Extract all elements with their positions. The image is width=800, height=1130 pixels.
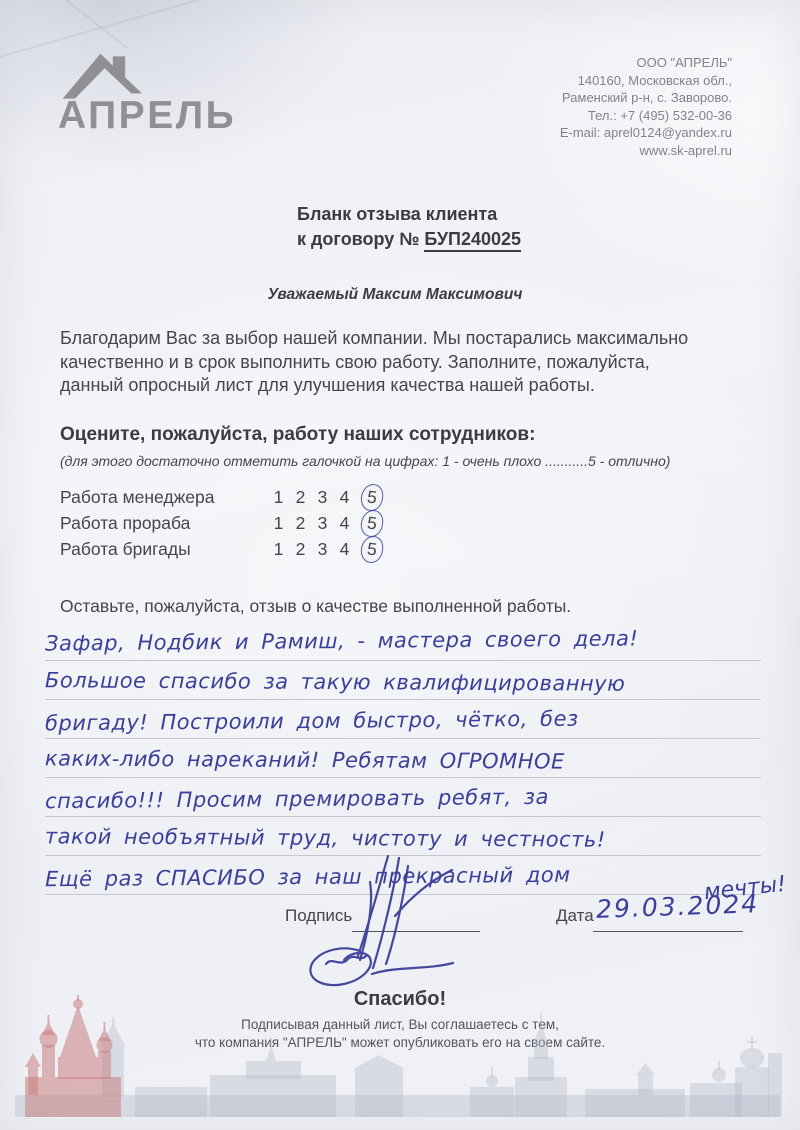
rating-value-3: 3 [316,513,329,534]
company-website: www.sk-aprel.ru [560,142,732,160]
company-contact-block: ООО "АПРЕЛЬ" 140160, Московская обл., Ра… [560,54,732,160]
scanned-feedback-form: АПРЕЛЬ ООО "АПРЕЛЬ" 140160, Московская о… [0,0,800,1130]
ruled-line: Большое спасибо за такую квалифицированн… [45,661,761,700]
ruled-line: бригаду! Построили дом быстро, чётко, бе… [45,700,761,739]
selected-rating-circle: 5 [359,508,384,537]
paper-crease [32,0,128,49]
rating-value-1: 1 [272,539,285,560]
rating-value-2: 2 [294,513,307,534]
rating-row-foreman: Работа прораба 1 2 3 4 5 [60,510,383,536]
company-address: Раменский р-н, с. Заворово. [560,89,732,107]
company-postal: 140160, Московская обл., [560,72,732,90]
rating-rows: Работа менеджера 1 2 3 4 5 Работа прораб… [60,484,383,562]
moscow-skyline-watermark [0,995,800,1123]
rating-value-4: 4 [338,487,351,508]
ruled-line: каких-либо нареканий! Ребятам ОГРОМНОЕ [45,739,761,778]
handwritten-text: Большое спасибо за такую квалифицированн… [45,659,626,696]
rating-row-crew: Работа бригады 1 2 3 4 5 [60,536,383,562]
handwritten-text: каких-либо нареканий! Ребятам ОГРОМНОЕ [45,737,565,773]
handwritten-text: Зафар, Нодбик и Рамиш, - мастера своего … [45,617,639,655]
rating-value-3: 3 [316,487,329,508]
rating-value-2: 2 [294,487,307,508]
rating-label: Работа прораба [60,513,272,534]
handwritten-text: бригаду! Построили дом быстро, чётко, бе… [45,698,579,736]
rating-row-manager: Работа менеджера 1 2 3 4 5 [60,484,383,510]
contract-number: БУП240025 [424,229,521,252]
signature-scribble [300,854,475,999]
rating-value-1: 1 [272,487,285,508]
date-handwritten-value: 29.03.2024 [596,889,760,924]
date-label: Дата [556,906,594,926]
company-name: ООО "АПРЕЛЬ" [560,54,732,72]
rating-value-4: 4 [338,539,351,560]
greeting: Уважаемый Максим Максимович [0,286,790,304]
ruled-line: Зафар, Нодбик и Рамиш, - мастера своего … [45,620,761,661]
date-line [593,931,743,932]
handwritten-text: такой необъятный труд, чистоту и честнос… [45,815,606,851]
rating-heading: Оцените, пожалуйста, работу наших сотруд… [60,424,535,446]
company-phone: Тел.: +7 (495) 532-00-36 [560,107,732,125]
rating-note: (для этого достаточно отметить галочкой … [60,453,670,469]
rating-label: Работа бригады [60,539,272,560]
form-title-line1: Бланк отзыва клиента [297,202,521,227]
rating-value-4: 4 [338,513,351,534]
rating-value-3: 3 [316,539,329,560]
review-prompt: Оставьте, пожалуйста, отзыв о качестве в… [60,596,571,617]
form-title-line2: к договору № БУП240025 [297,227,521,252]
company-email: E-mail: aprel0124@yandex.ru [560,124,732,142]
ruled-line: такой необъятный труд, чистоту и честнос… [45,817,761,856]
rating-label: Работа менеджера [60,487,272,508]
rating-value-2: 2 [294,539,307,560]
selected-rating-circle: 5 [359,482,384,511]
rating-value-1: 1 [272,513,285,534]
selected-rating-circle: 5 [359,534,384,563]
handwritten-text: спасибо!!! Просим премировать ребят, за [45,776,549,813]
company-logo-text: АПРЕЛЬ [58,94,236,138]
form-title: Бланк отзыва клиента к договору № БУП240… [297,202,521,252]
intro-paragraph: Благодарим Вас за выбор нашей компании. … [60,327,765,398]
ruled-line: спасибо!!! Просим премировать ребят, за [45,778,761,817]
